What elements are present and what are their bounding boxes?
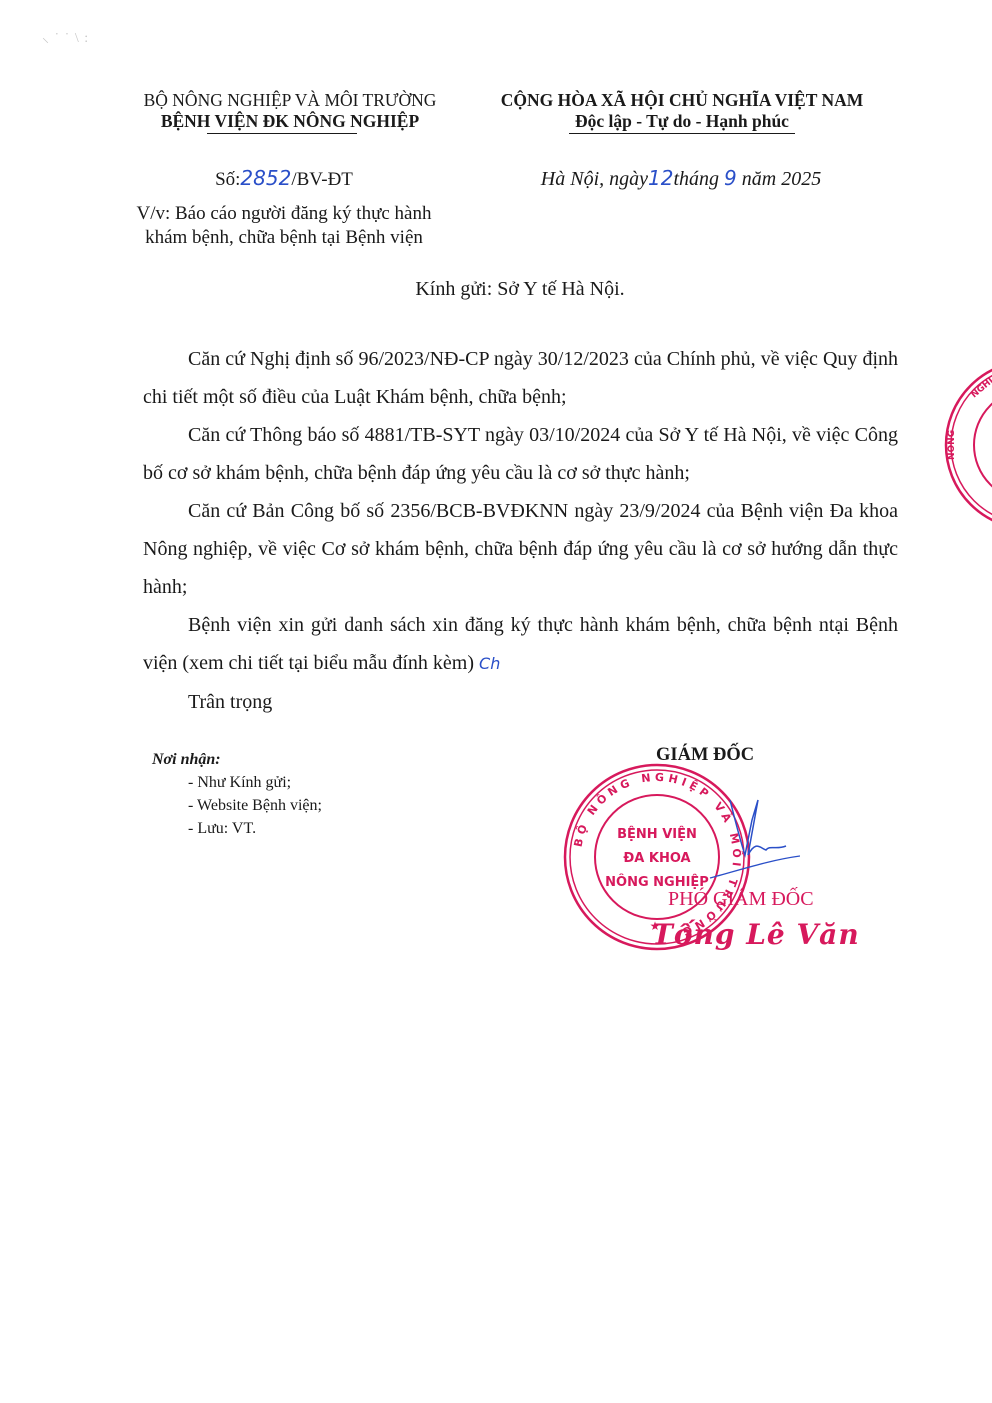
edge-stamp-icon: NÔNG NGHI <box>940 360 992 530</box>
year-label: năm 2025 <box>742 168 821 190</box>
paragraph: Căn cứ Nghị định số 96/2023/NĐ-CP ngày 3… <box>143 340 898 416</box>
header-underline <box>207 133 357 134</box>
closing: Trân trọng <box>143 683 898 721</box>
ministry-name: BỘ NÔNG NGHIỆP VÀ MÔI TRƯỜNG <box>100 90 480 111</box>
paragraph: Căn cứ Thông báo số 4881/TB-SYT ngày 03/… <box>143 416 898 492</box>
paragraph: Bệnh viện xin gửi danh sách xin đăng ký … <box>143 606 898 683</box>
svg-text:NÔNG: NÔNG <box>945 430 957 460</box>
recipients-label: Nơi nhận: <box>152 748 322 771</box>
subject-line-1: V/v: Báo cáo người đăng ký thực hành <box>100 202 468 226</box>
handwritten-day: 12 <box>648 166 673 190</box>
recipient-item: - Như Kính gửi; <box>152 771 322 794</box>
number-suffix: /BV-ĐT <box>291 169 353 190</box>
national-motto: Độc lập - Tự do - Hạnh phúc <box>575 111 789 132</box>
number-prefix: Số: <box>215 169 240 190</box>
scan-artifact: ⸜ ˙ ˙ \ : <box>42 28 89 47</box>
document-number: Số:2852/BV-ĐT <box>100 166 468 191</box>
greeting: Kính gửi: Sở Y tế Hà Nội. <box>0 278 992 301</box>
paragraph-text: Bệnh viện xin gửi danh sách xin đăng ký … <box>143 614 898 674</box>
recipient-item: - Website Bệnh viện; <box>152 794 322 817</box>
signature-scribble-icon <box>690 780 800 880</box>
stamp-line-2: ĐA KHOA <box>623 851 690 866</box>
motto-underline <box>569 133 795 134</box>
recipients-block: Nơi nhận: - Như Kính gửi; - Website Bệnh… <box>152 748 322 840</box>
document-subject: V/v: Báo cáo người đăng ký thực hành khá… <box>100 202 468 250</box>
subject-line-2: khám bệnh, chữa bệnh tại Bệnh viện <box>100 226 468 250</box>
stamp-line-1: BỆNH VIỆN <box>617 826 697 842</box>
letter-body: Căn cứ Nghị định số 96/2023/NĐ-CP ngày 3… <box>143 340 898 721</box>
month-label: tháng <box>673 168 719 190</box>
paragraph: Căn cứ Bản Công bố số 2356/BCB-BVĐKNN ng… <box>143 492 898 606</box>
svg-text:NGHI: NGHI <box>970 376 992 400</box>
national-header: CỘNG HÒA XÃ HỘI CHỦ NGHĨA VIỆT NAM Độc l… <box>462 90 902 132</box>
hospital-name: BỆNH VIỆN ĐK NÔNG NGHIỆP <box>100 111 480 132</box>
recipient-item: - Lưu: VT. <box>152 817 322 840</box>
deputy-title: PHÓ GIÁM ĐỐC <box>668 888 814 911</box>
issuer-header: BỘ NÔNG NGHIỆP VÀ MÔI TRƯỜNG BỆNH VIỆN Đ… <box>100 90 480 132</box>
handwritten-initial: Ch <box>479 654 500 673</box>
handwritten-month: 9 <box>724 166 737 190</box>
nation-title: CỘNG HÒA XÃ HỘI CHỦ NGHĨA VIỆT NAM <box>462 90 902 111</box>
handwritten-number: 2852 <box>240 166 291 190</box>
document-date: Hà Nội, ngày12tháng 9 năm 2025 <box>496 166 866 191</box>
date-place: Hà Nội, ngày <box>541 168 648 190</box>
signer-name: Tống Lê Văn <box>652 918 860 951</box>
